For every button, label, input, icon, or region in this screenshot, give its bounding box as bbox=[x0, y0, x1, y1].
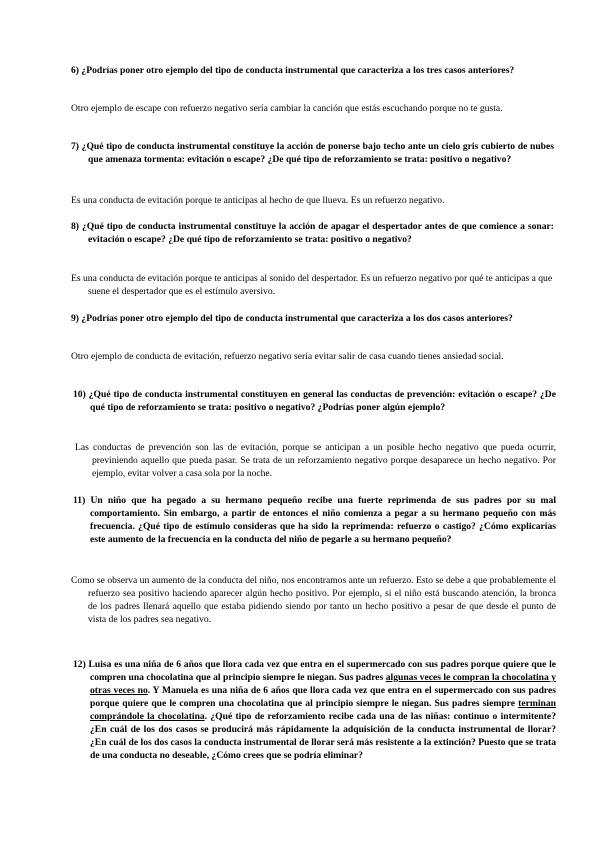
question-text-part-2: . Y Manuela es una niña de 6 años que ll… bbox=[90, 685, 556, 709]
question-6: 6) ¿Podrías poner otro ejemplo del tipo … bbox=[71, 64, 554, 77]
question-9: 9) ¿Podrías poner otro ejemplo del tipo … bbox=[71, 312, 554, 325]
answer-7: Es una conducta de evitación porque te a… bbox=[71, 194, 558, 207]
question-number: 12) bbox=[73, 659, 86, 670]
answer-10: Las conductas de prevención son las de e… bbox=[75, 441, 556, 480]
answer-6: Otro ejemplo de escape con refuerzo nega… bbox=[71, 102, 550, 115]
question-number: 10) bbox=[73, 389, 86, 400]
question-8: 8) ¿Qué tipo de conducta instrumental co… bbox=[71, 220, 554, 246]
question-12: 12) Luisa es una niña de 6 años que llor… bbox=[73, 658, 556, 762]
answer-9: Otro ejemplo de conducta de evitación, r… bbox=[71, 350, 508, 363]
question-number: 8) bbox=[71, 221, 79, 232]
answer-8: Es una conducta de evitación porque te a… bbox=[71, 272, 554, 298]
answer-11: Como se observa un aumento de la conduct… bbox=[71, 574, 556, 626]
question-number: 6) bbox=[71, 65, 79, 76]
question-10: 10) ¿Qué tipo de conducta instrumental c… bbox=[73, 388, 556, 414]
question-text: ¿Podrías poner otro ejemplo del tipo de … bbox=[81, 65, 514, 76]
question-text: ¿Qué tipo de conducta instrumental const… bbox=[89, 389, 556, 413]
question-11: 11) Un niño que ha pegado a su hermano p… bbox=[73, 494, 556, 546]
question-text: ¿Podrías poner otro ejemplo del tipo de … bbox=[81, 313, 512, 324]
question-text: Un niño que ha pegado a su hermano peque… bbox=[90, 495, 556, 545]
question-text: ¿Qué tipo de conducta instrumental const… bbox=[82, 141, 554, 165]
question-number: 11) bbox=[73, 495, 85, 506]
question-number: 7) bbox=[71, 141, 79, 152]
question-number: 9) bbox=[71, 313, 79, 324]
document-page: 6) ¿Podrías poner otro ejemplo del tipo … bbox=[0, 0, 600, 848]
question-text: ¿Qué tipo de conducta instrumental const… bbox=[82, 221, 554, 245]
question-7: 7) ¿Qué tipo de conducta instrumental co… bbox=[71, 140, 554, 166]
